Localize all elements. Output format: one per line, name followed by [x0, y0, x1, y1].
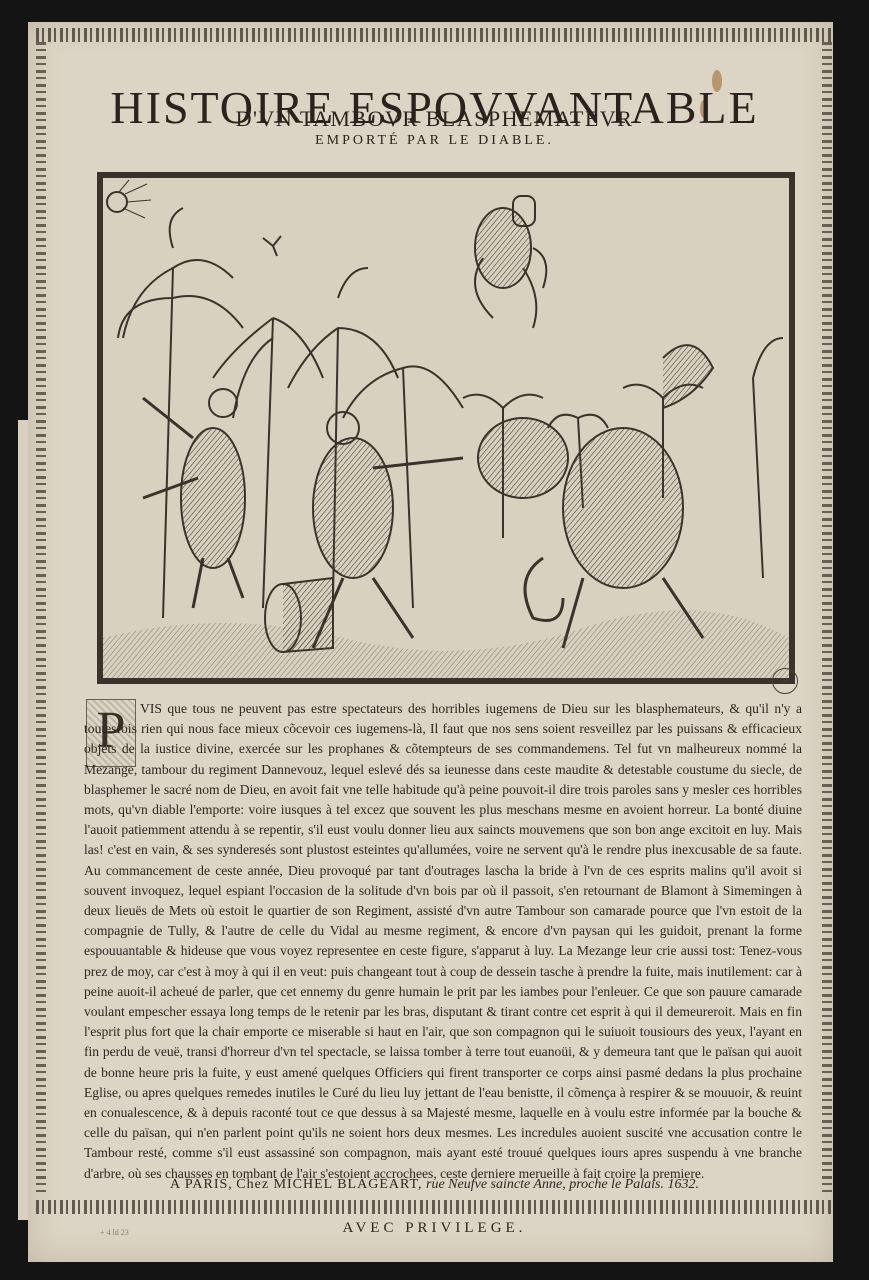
shelfmark: + 4 ld 23 [100, 1228, 129, 1237]
flying-devil-icon [475, 196, 546, 328]
ornamental-border-top [36, 28, 833, 42]
fleeing-man-icon [143, 389, 245, 608]
imprint-printer: Chez MICHEL BLAGEART, [236, 1177, 422, 1192]
woodcut-scene-icon [103, 178, 789, 678]
imprint-place: A PARIS, [170, 1177, 233, 1192]
ornamental-border-left [36, 42, 46, 1192]
woodcut-illustration [97, 172, 795, 684]
document-subtitle-2: EMPORTÉ PAR LE DIABLE. [0, 133, 869, 149]
privilege-line: AVEC PRIVILEGE. [0, 1220, 869, 1237]
sun-icon [107, 180, 151, 218]
imprint-address: rue Neufve saincte Anne, proche le Palai… [426, 1177, 699, 1192]
ornamental-border-bottom [36, 1200, 833, 1214]
library-stamp: BN [772, 668, 798, 694]
ornamental-border-right [822, 42, 832, 1192]
drummer-companion-icon [313, 412, 463, 648]
body-paragraph: VIS que tous ne peuvent pas estre specta… [84, 701, 802, 1181]
body-text: VIS que tous ne peuvent pas estre specta… [84, 699, 802, 1184]
bird-icon [263, 236, 281, 256]
devil-icon [478, 345, 713, 648]
document-subtitle: D'VN TAMBOVR BLASPHEMATEVR [0, 106, 869, 132]
imprint-line: A PARIS, Chez MICHEL BLAGEART, rue Neufv… [0, 1177, 869, 1193]
